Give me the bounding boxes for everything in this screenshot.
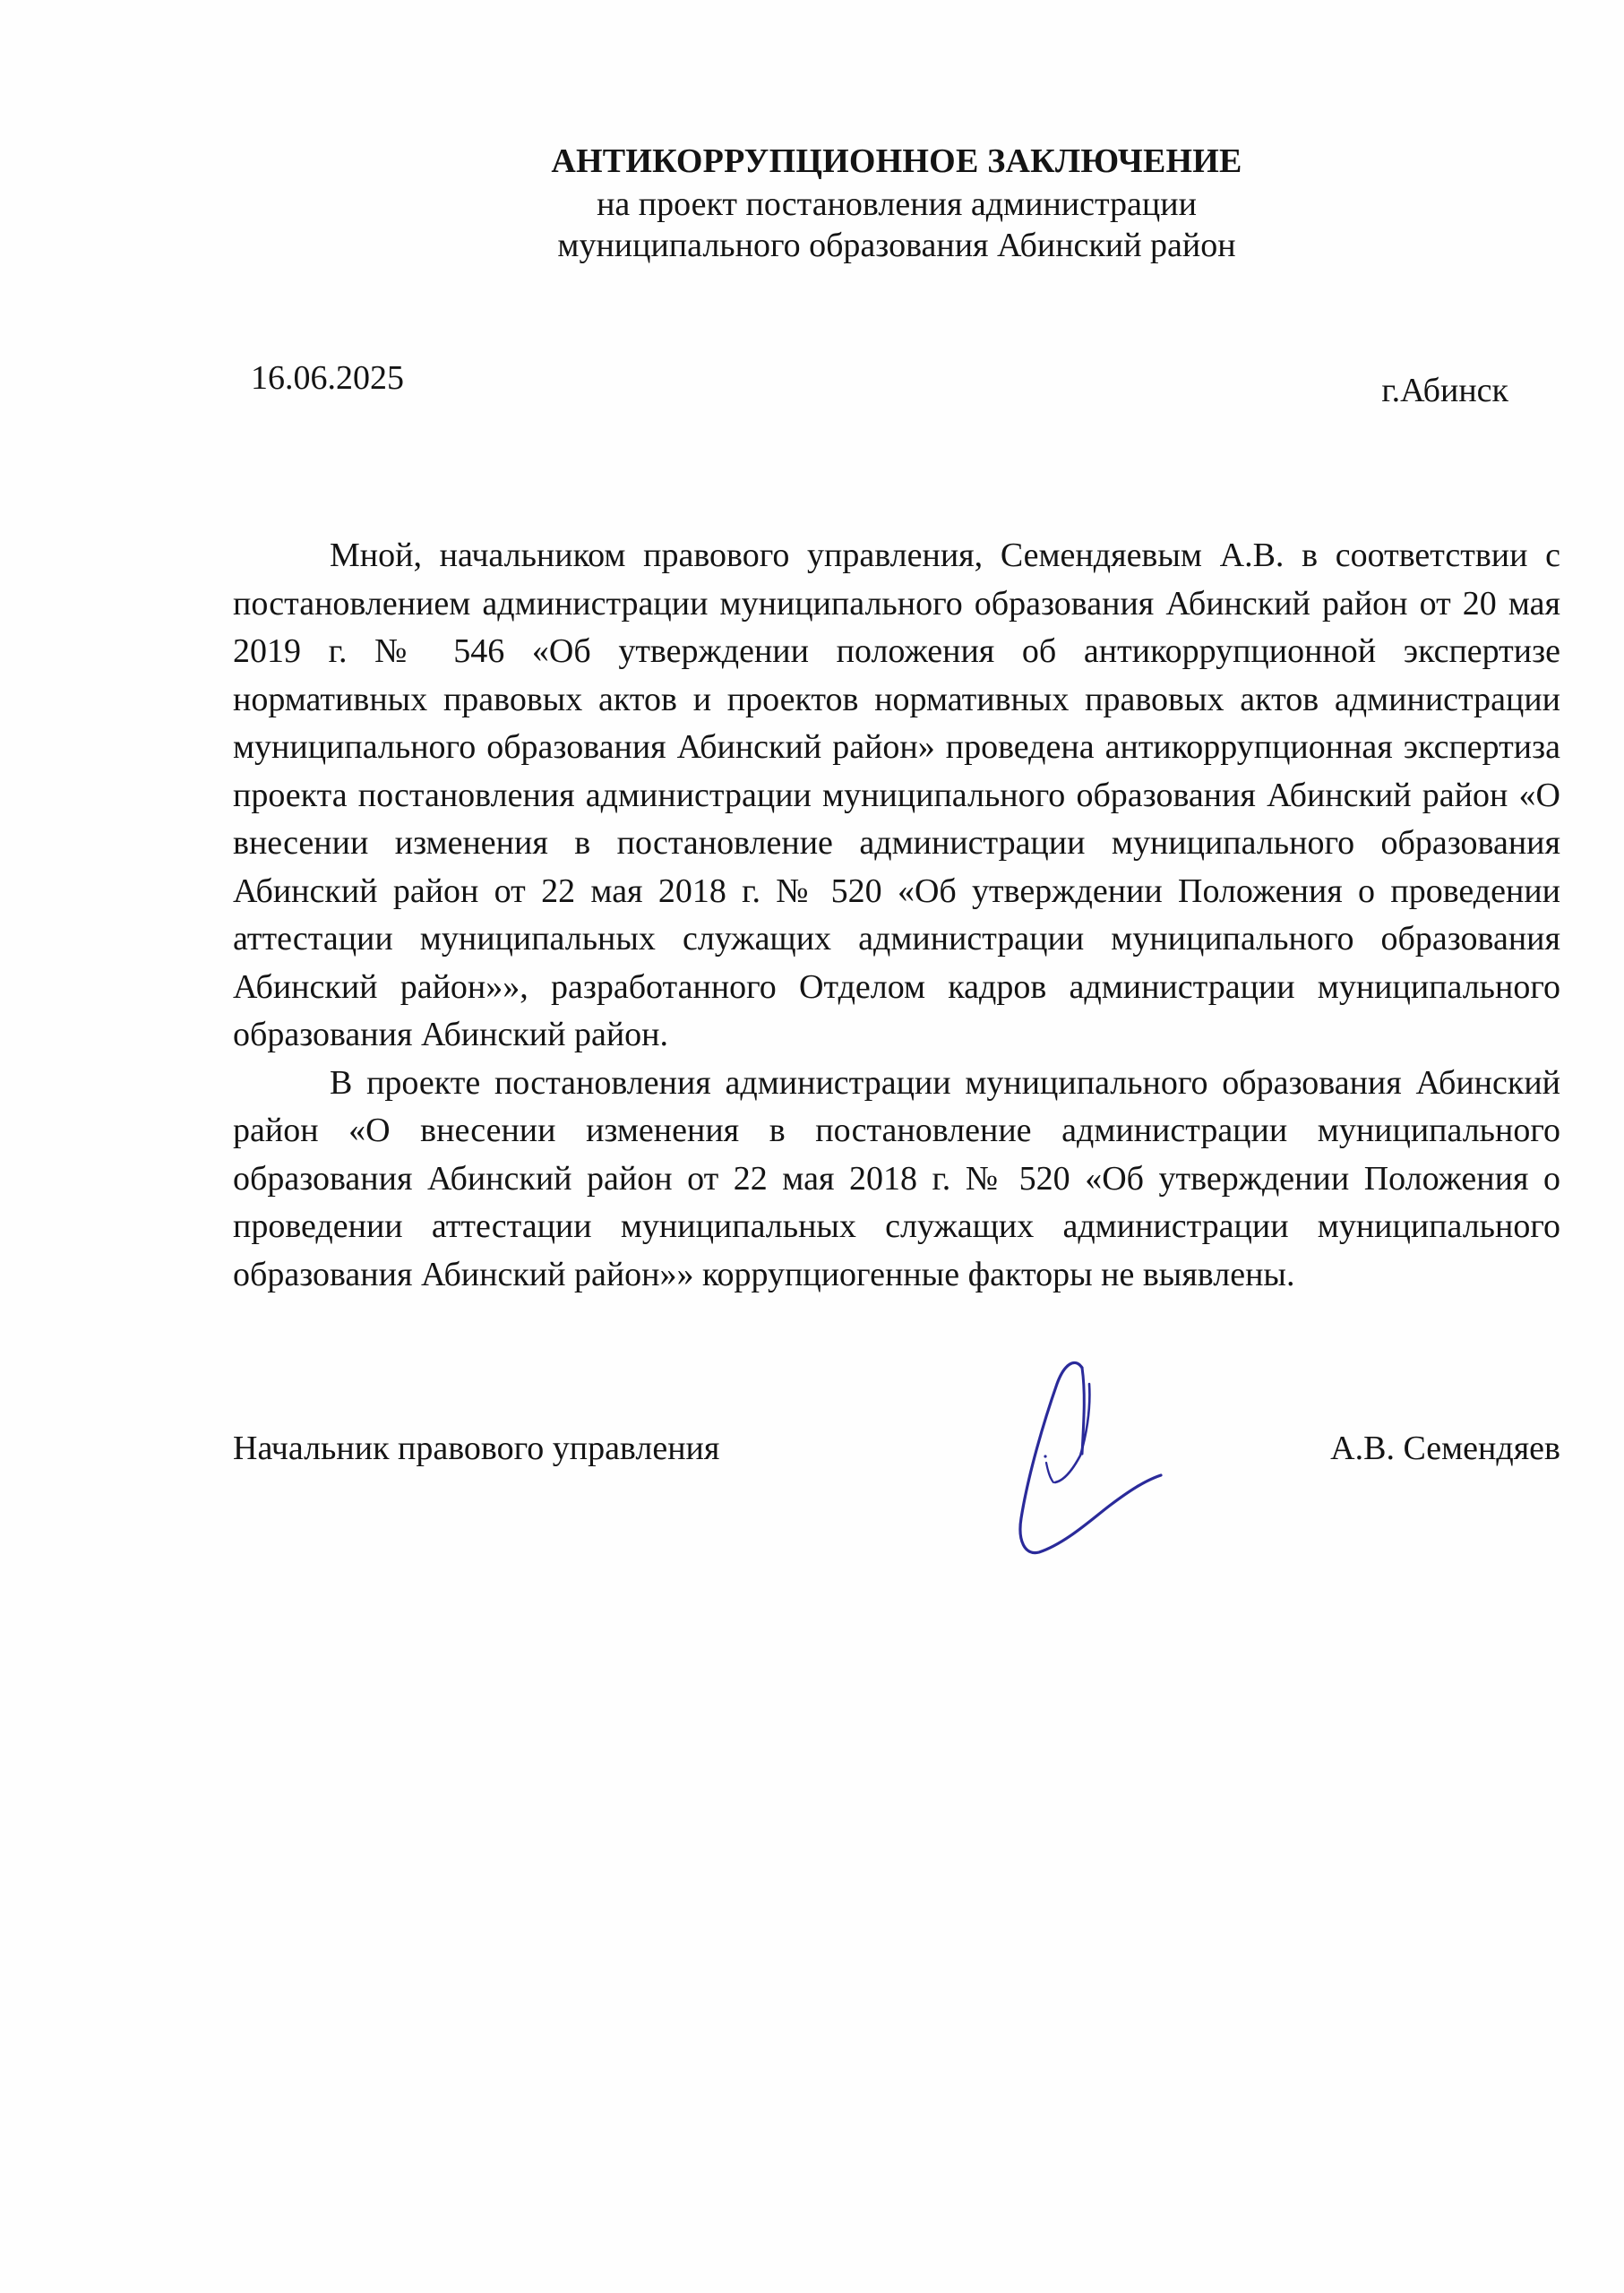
signer-name: А.В. Семендяев bbox=[1330, 1429, 1560, 1468]
document-page: АНТИКОРРУПЦИОННОЕ ЗАКЛЮЧЕНИЕ на проект п… bbox=[0, 0, 1624, 2293]
handwritten-signature-icon bbox=[985, 1348, 1164, 1563]
signature-block: Начальник правового управления А.В. Семе… bbox=[233, 1429, 1560, 1473]
document-body: Мной, начальником правового управления, … bbox=[233, 532, 1560, 1299]
body-paragraph-2: В проекте постановления администрации му… bbox=[233, 1060, 1560, 1300]
document-subtitle-line-2: муниципального образования Абинский райо… bbox=[233, 225, 1560, 266]
body-paragraph-1: Мной, начальником правового управления, … bbox=[233, 532, 1560, 1060]
document-header: АНТИКОРРУПЦИОННОЕ ЗАКЛЮЧЕНИЕ на проект п… bbox=[233, 139, 1560, 266]
document-date: 16.06.2025 bbox=[251, 358, 404, 398]
signer-position: Начальник правового управления bbox=[233, 1429, 719, 1468]
date-place-row: 16.06.2025 г.Абинск bbox=[233, 358, 1560, 412]
document-subtitle-line-1: на проект постановления администрации bbox=[233, 184, 1560, 225]
document-title: АНТИКОРРУПЦИОННОЕ ЗАКЛЮЧЕНИЕ bbox=[233, 139, 1560, 184]
document-city: г.Абинск bbox=[1381, 371, 1508, 410]
